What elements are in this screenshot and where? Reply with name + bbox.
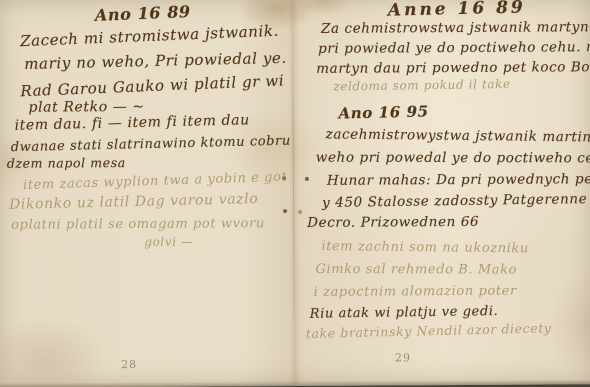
- manuscript-line: dzem napol mesa: [7, 155, 126, 171]
- manuscript-line: pri powiedal ye do poctiweho cehu. medve…: [318, 39, 590, 57]
- manuscript-line: Hunar mahas: Da pri powednych penezi: [327, 171, 590, 189]
- manuscript-line: Za cehmistrowstwa jstwanik martynoweho: [321, 19, 590, 37]
- manuscript-line: take bratrinsky Nendil azor diecety: [306, 320, 552, 341]
- manuscript-line: Dikonko uz latil Dag varou vazlo: [9, 191, 259, 213]
- manuscript-line: Riu atak wi platju ve gedi.: [310, 304, 499, 322]
- manuscript-line: item zachni som na ukozniku: [321, 239, 529, 256]
- manuscript-line: Gimko sal rehmedo B. Mako: [315, 262, 517, 278]
- right-page-subheading: Ano 16 95: [338, 102, 429, 122]
- manuscript-spread: Ano 16 89 Zacech mi stromistwa jstwanik.…: [0, 0, 590, 387]
- left-page-heading: Ano 16 89: [95, 2, 191, 25]
- right-page: Anne 16 89 Za cehmistrowstwa jstwanik ma…: [293, 0, 587, 384]
- page-number: 28: [121, 358, 137, 371]
- page-number: 29: [395, 351, 411, 364]
- manuscript-line: dwanae stati slatrinawino ktomu cobru: [11, 134, 291, 156]
- manuscript-line: zeldoma som pokud il take: [333, 77, 511, 94]
- manuscript-line: mariy no weho, Pri powiedal ye.: [24, 49, 287, 73]
- manuscript-line: Rad Garou Gauko wi platil gr wi: [20, 71, 284, 100]
- manuscript-line: Zacech mi stromistwa jstwanik.: [20, 22, 279, 51]
- manuscript-line: zacehmistrowystwa jstwanik martino-: [326, 126, 590, 145]
- left-page: Ano 16 89 Zacech mi stromistwa jstwanik.…: [0, 0, 292, 386]
- manuscript-line: martyn dau pri powedno pet koco Boudison…: [316, 59, 590, 77]
- manuscript-line: weho pri powedal ye do poctiweho cehu: [316, 150, 590, 167]
- manuscript-line: Decro. Prizowednen 66: [307, 214, 479, 231]
- manuscript-line: oplatni platil se omagam pot wvoru: [11, 216, 265, 233]
- right-page-heading: Anne 16 89: [388, 0, 526, 21]
- manuscript-line: i zapoctnim alomazion poter: [314, 284, 517, 300]
- manuscript-line: plat Retko — ~: [28, 99, 144, 116]
- manuscript-line: item zacas wyplion twa a yobin e got: [23, 170, 288, 194]
- manuscript-line: golvi —: [144, 235, 193, 249]
- manuscript-line: y 450 Stalosse zadossty Patgerenne: [322, 191, 587, 211]
